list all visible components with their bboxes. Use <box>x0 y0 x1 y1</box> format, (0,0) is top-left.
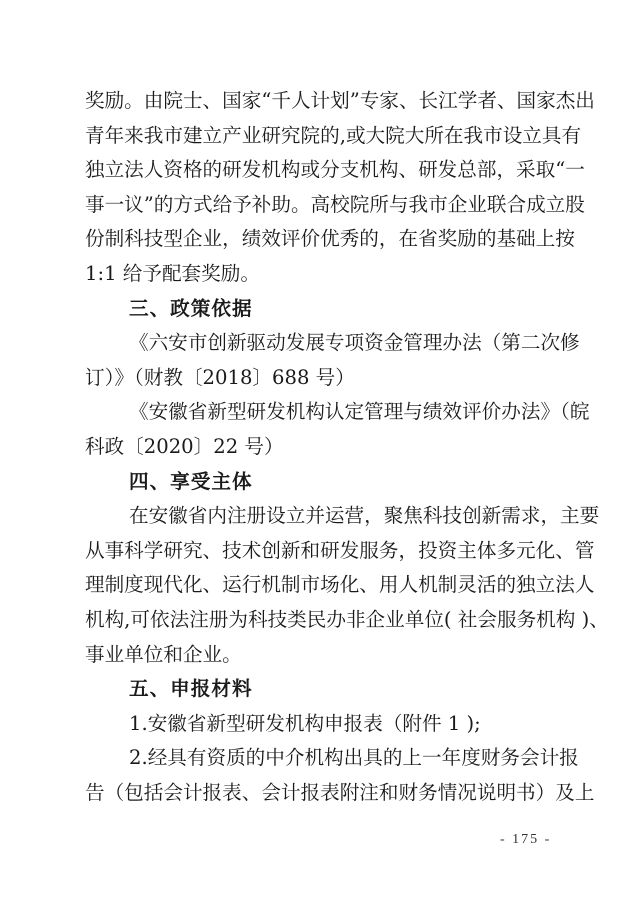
paragraph-line: 在安徽省内注册设立并运营，聚焦科技创新需求，主要 <box>85 499 557 534</box>
section-heading-policy-basis: 三、政策依据 <box>85 292 557 327</box>
paragraph-line: 独立法人资格的研发机构或分支机构、研发总部，采取“一 <box>85 153 557 188</box>
material-item-line: 1.安徽省新型研发机构申报表（附件 1 ); <box>85 707 557 742</box>
section-heading-application-materials: 五、申报材料 <box>85 672 557 707</box>
paragraph-line: 事业单位和企业。 <box>85 638 557 673</box>
paragraph-line: 从事科学研究、技术创新和研发服务，投资主体多元化、管 <box>85 534 557 569</box>
paragraph-line: 1:1 给予配套奖励。 <box>85 257 557 292</box>
paragraph-line: 奖励。由院士、国家“千人计划”专家、长江学者、国家杰出 <box>85 84 557 119</box>
policy-reference-line: 科政〔2020〕22 号） <box>85 430 557 465</box>
paragraph-line: 青年来我市建立产业研究院的,或大院大所在我市设立具有 <box>85 119 557 154</box>
paragraph-line: 理制度现代化、运行机制市场化、用人机制灵活的独立法人 <box>85 568 557 603</box>
section-heading-beneficiary: 四、享受主体 <box>85 465 557 500</box>
paragraph-line: 事一议”的方式给予补助。高校院所与我市企业联合成立股 <box>85 188 557 223</box>
policy-reference-line: 《安徽省新型研发机构认定管理与绩效评价办法》（皖 <box>85 395 557 430</box>
paragraph-line: 份制科技型企业，绩效评价优秀的，在省奖励的基础上按 <box>85 222 557 257</box>
policy-reference-line: 订）》（财教〔2018〕688 号） <box>85 361 557 396</box>
paragraph-line: 机构,可依法注册为科技类民办非企业单位( 社会服务机构 )、 <box>85 603 557 638</box>
material-item-line: 告（包括会计报表、会计报表附注和财务情况说明书）及上 <box>85 776 557 811</box>
policy-reference-line: 《六安市创新驱动发展专项资金管理办法（第二次修 <box>85 326 557 361</box>
page-number: - 175 - <box>500 832 551 848</box>
document-page: 奖励。由院士、国家“千人计划”专家、长江学者、国家杰出 青年来我市建立产业研究院… <box>85 84 557 810</box>
material-item-line: 2.经具有资质的中介机构出具的上一年度财务会计报 <box>85 741 557 776</box>
